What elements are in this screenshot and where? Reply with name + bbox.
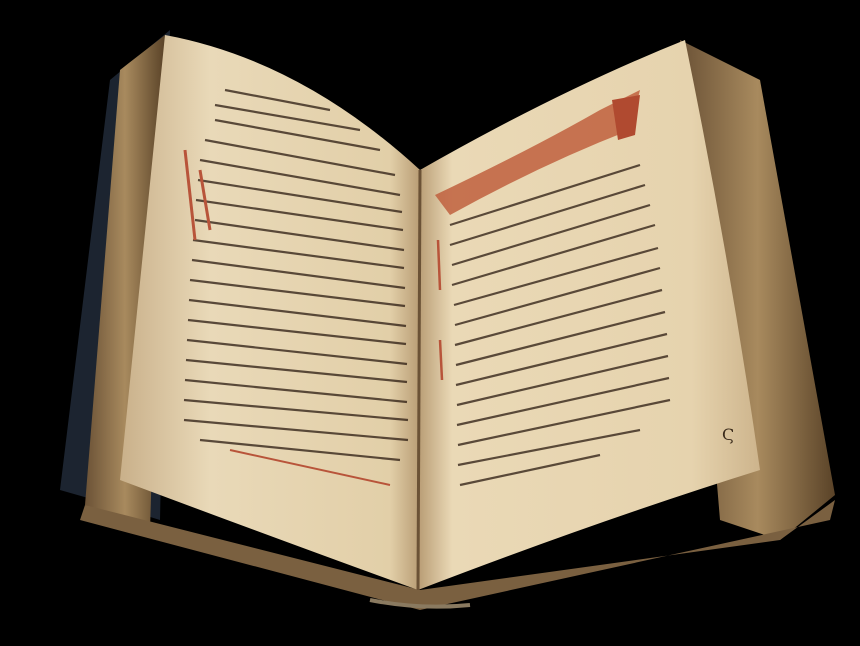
manuscript-illustration: Ϛ [0,0,860,646]
page-marking: Ϛ [722,425,734,444]
gutter [418,170,420,590]
left-page [120,35,420,590]
photo-scene: Ϛ Open illuminated Greek manuscript code… [0,0,860,646]
